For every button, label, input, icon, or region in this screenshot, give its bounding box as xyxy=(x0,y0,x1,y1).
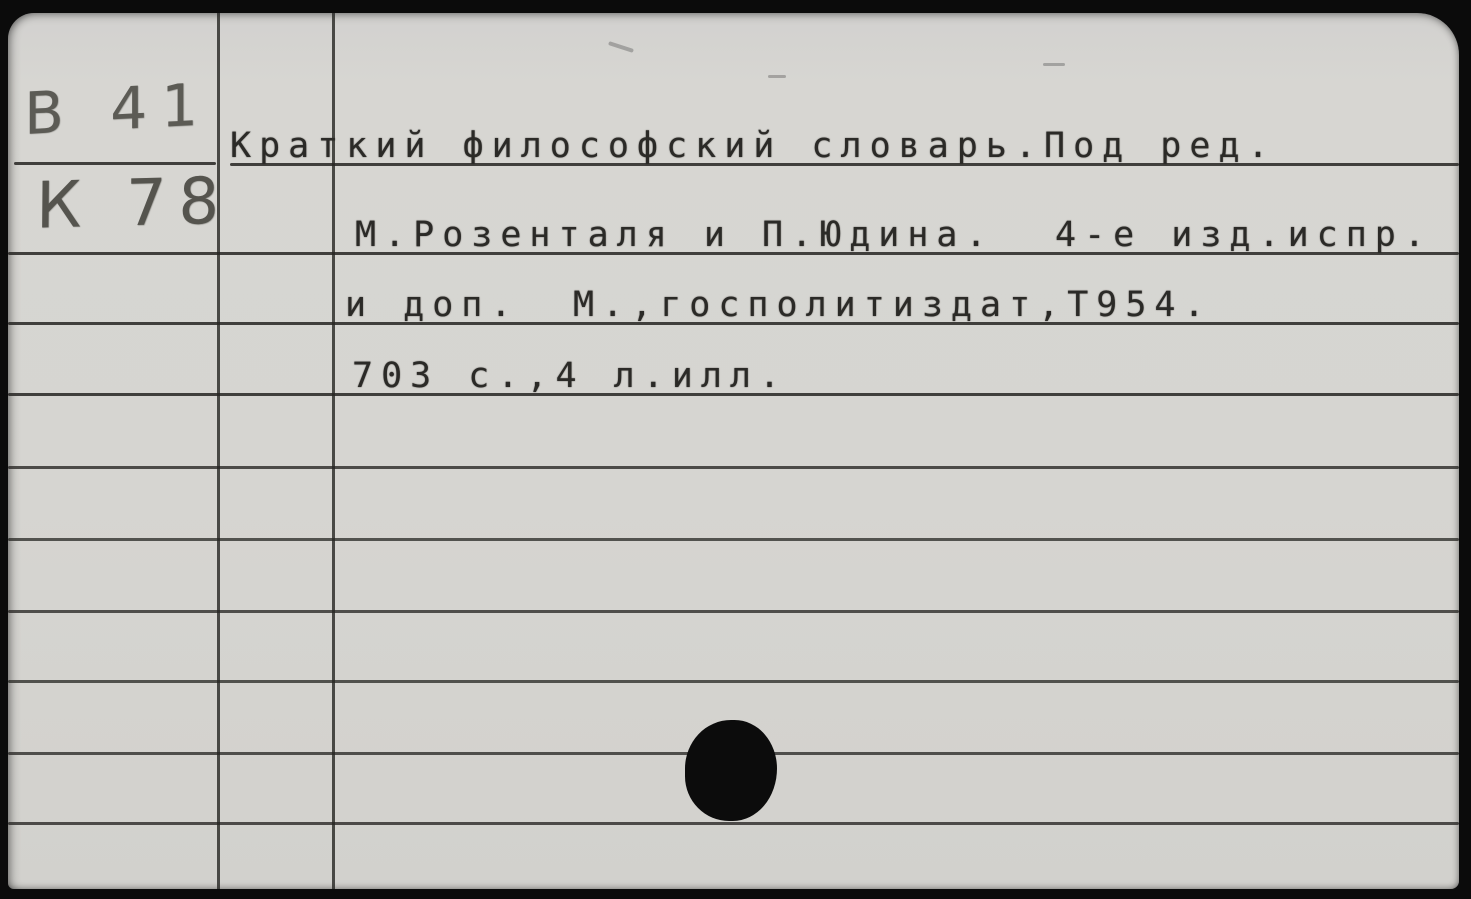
entry-imprint: М.,госполитиздат,Т954. xyxy=(573,285,1213,325)
scan-background: В 41 К 78 Краткий философский словарь.По… xyxy=(0,0,1471,899)
entry-edition-continuation: и доп. xyxy=(345,285,519,325)
ruled-line-10 xyxy=(8,822,1459,825)
catalog-card: В 41 К 78 Краткий философский словарь.По… xyxy=(8,13,1459,889)
ruled-line-8 xyxy=(8,680,1459,683)
column-divider-line-1 xyxy=(217,13,220,889)
ruled-line-call-number xyxy=(14,162,216,165)
punch-hole-dot xyxy=(685,720,777,821)
call-number-top: В 41 xyxy=(24,70,212,148)
entry-edition: 4-е изд.испр. xyxy=(1055,215,1433,255)
call-number-bottom: К 78 xyxy=(36,164,232,243)
entry-editors: М.Розенталя и П.Юдина. xyxy=(355,215,995,255)
entry-title-line: Краткий философский словарь.Под ред. xyxy=(230,126,1277,166)
entry-collation: 703 с.,4 л.илл. xyxy=(352,356,788,396)
ruled-line-7 xyxy=(8,610,1459,613)
ruled-line-6 xyxy=(8,538,1459,541)
scan-artifact xyxy=(1043,63,1065,66)
scan-artifact xyxy=(768,75,786,78)
scan-artifact xyxy=(608,41,634,53)
ruled-line-5 xyxy=(8,466,1459,469)
